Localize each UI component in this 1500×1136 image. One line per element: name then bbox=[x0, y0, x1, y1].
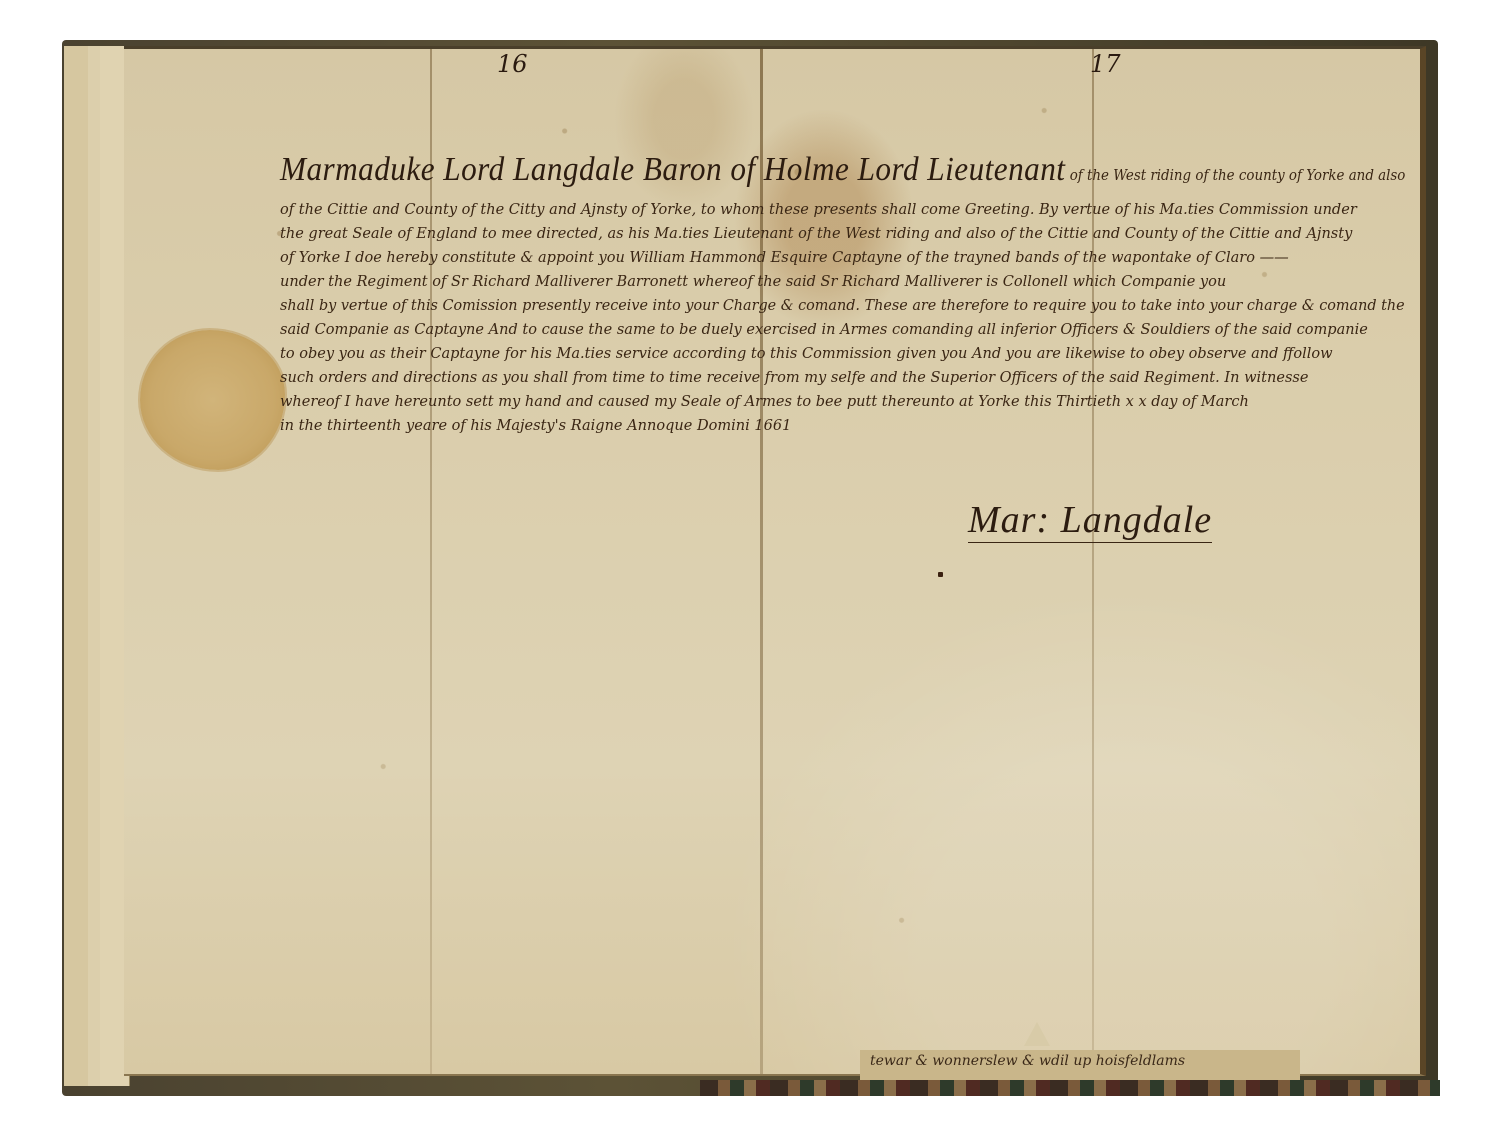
manuscript-line-text: of the West riding of the county of York… bbox=[1070, 167, 1406, 184]
marbled-cover-edge bbox=[700, 1080, 1440, 1096]
underlying-page-strip: tewar & wonnerslew & wdil up hoisfeldlam… bbox=[860, 1050, 1300, 1080]
manuscript-line: whereof I have hereunto sett my hand and… bbox=[280, 390, 1405, 414]
manuscript-line: the great Seale of England to mee direct… bbox=[280, 222, 1405, 246]
wax-seal-stain bbox=[140, 330, 285, 470]
underlying-page-text: tewar & wonnerslew & wdil up hoisfeldlam… bbox=[870, 1053, 1185, 1069]
manuscript-line: said Companie as Captayne And to cause t… bbox=[280, 318, 1405, 342]
manuscript-line: of Yorke I doe hereby constitute & appoi… bbox=[280, 246, 1405, 270]
photo-stage: 16 17 Marmaduke Lord Langdale Baron of H… bbox=[0, 0, 1500, 1136]
folio-number-left: 16 bbox=[497, 50, 528, 78]
manuscript-text: Marmaduke Lord Langdale Baron of Holme L… bbox=[280, 148, 1410, 438]
manuscript-line: under the Regiment of Sr Richard Mallive… bbox=[280, 270, 1405, 294]
manuscript-line-1: Marmaduke Lord Langdale Baron of Holme L… bbox=[280, 148, 1405, 198]
signature: Mar: Langdale bbox=[968, 500, 1212, 543]
manuscript-line: in the thirteenth yeare of his Majesty's… bbox=[280, 414, 1405, 438]
manuscript-line: shall by vertue of this Comission presen… bbox=[280, 294, 1405, 318]
folio-number-right: 17 bbox=[1090, 50, 1121, 78]
manuscript-line: to obey you as their Captayne for his Ma… bbox=[280, 342, 1405, 366]
manuscript-heading: Marmaduke Lord Langdale Baron of Holme L… bbox=[280, 151, 1065, 188]
manuscript-line: of the Cittie and County of the Citty an… bbox=[280, 198, 1405, 222]
manuscript-line: such orders and directions as you shall … bbox=[280, 366, 1405, 390]
ink-blot bbox=[938, 572, 943, 577]
